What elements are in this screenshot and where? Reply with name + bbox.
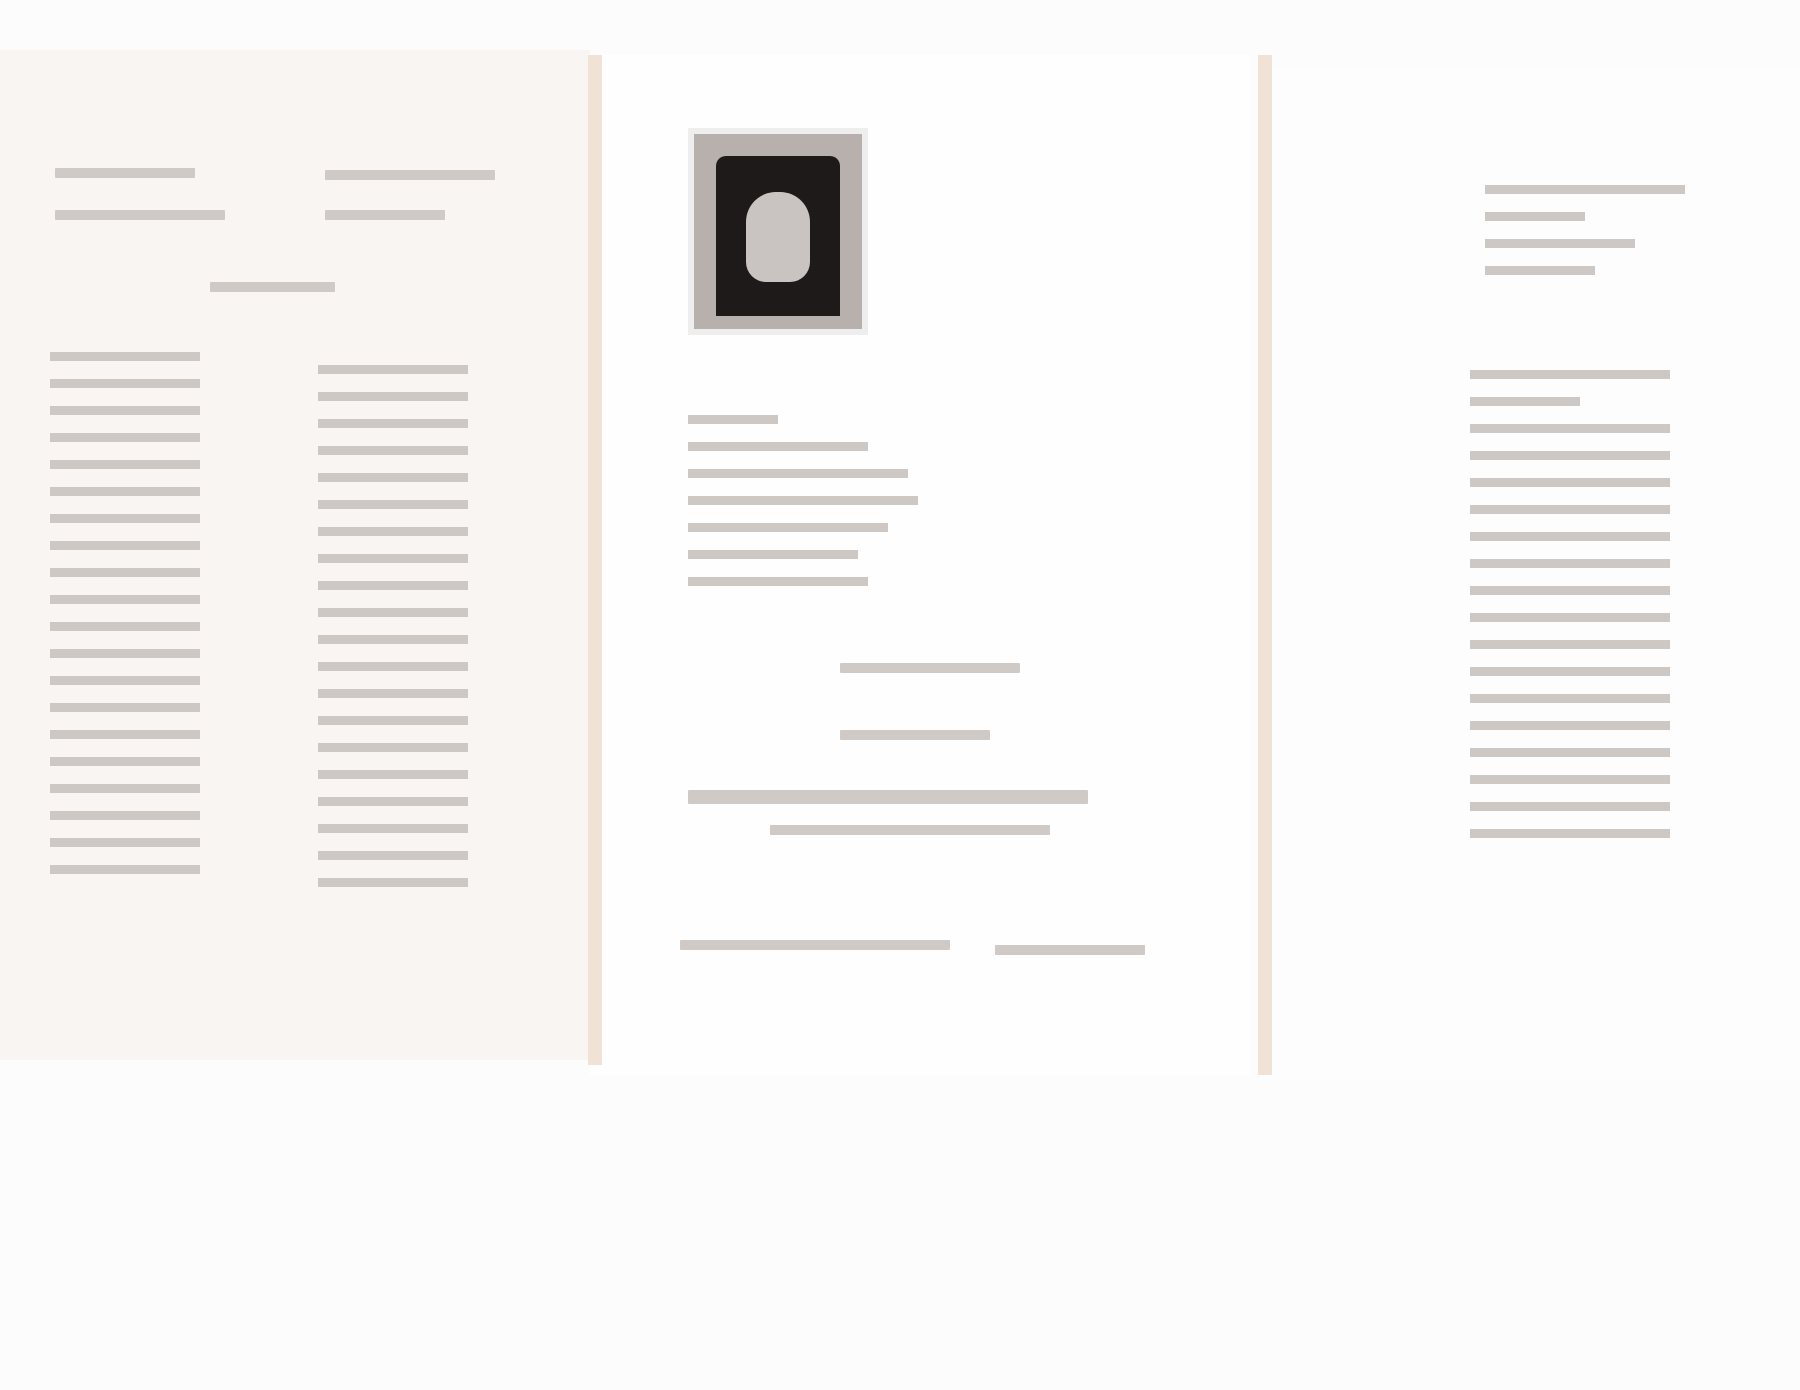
text-block xyxy=(325,170,495,180)
page-fold xyxy=(1258,55,1272,1075)
text-column xyxy=(1470,370,1670,856)
text-column xyxy=(50,352,200,892)
text-block xyxy=(1485,185,1685,293)
text-column xyxy=(318,365,468,905)
portrait-photo xyxy=(688,128,868,335)
text-block xyxy=(325,210,445,220)
text-block xyxy=(770,825,1050,835)
footer-line xyxy=(995,945,1145,955)
section-heading xyxy=(210,282,335,292)
footer-line xyxy=(680,940,950,950)
decorative-text xyxy=(688,790,1088,804)
text-block xyxy=(840,730,990,740)
section-heading xyxy=(840,663,1020,673)
text-block xyxy=(55,210,225,220)
paragraph xyxy=(688,415,918,604)
text-block xyxy=(55,168,195,178)
page-fold xyxy=(588,55,602,1065)
